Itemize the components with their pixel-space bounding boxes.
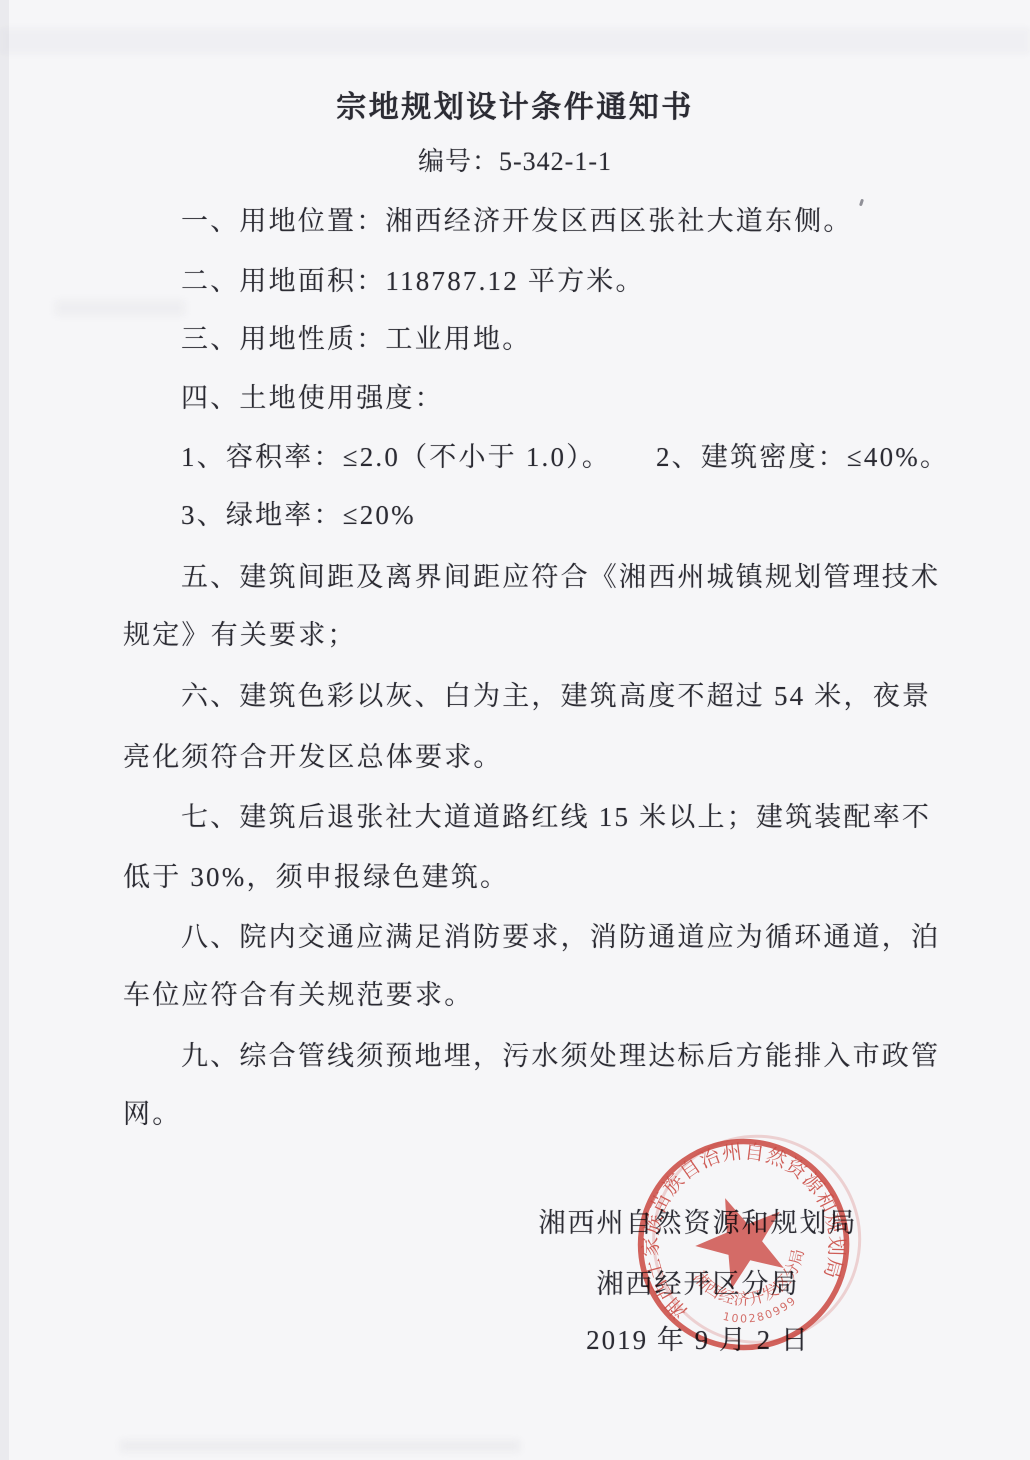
body-line: 五、建筑间距及离界间距应符合《湘西州城镇规划管理技术 xyxy=(123,555,981,594)
body-line: 六、建筑色彩以灰、白为主，建筑高度不超过 54 米，夜景 xyxy=(123,674,981,713)
scan-artifact xyxy=(0,0,9,1460)
body-line: 八、院内交通应满足消防要求，消防通道应为循环通道，泊 xyxy=(123,915,981,954)
body-line: 亮化须符合开发区总体要求。 xyxy=(123,735,923,774)
body-line: 车位应符合有关规范要求。 xyxy=(123,973,923,1012)
body-line: 三、用地性质：工业用地。 xyxy=(123,317,981,356)
body-line: 3、绿地率：≤20% xyxy=(123,493,981,532)
scanned-document-page: 宗地规划设计条件通知书 编号：5-342-1-1 一、用地位置：湘西经济开发区西… xyxy=(0,0,1030,1460)
body-line: 四、土地使用强度： xyxy=(123,376,981,415)
body-line: 低于 30%，须申报绿色建筑。 xyxy=(123,855,923,894)
body-line: 一、用地位置：湘西经济开发区西区张社大道东侧。 xyxy=(123,199,981,238)
body-line: 1、容积率：≤2.0（不小于 1.0）。 2、建筑密度：≤40%。 xyxy=(123,435,981,474)
body-line: 七、建筑后退张社大道道路红线 15 米以上；建筑装配率不 xyxy=(123,795,981,834)
body-line: 二、用地面积：118787.12 平方米。 xyxy=(123,259,981,298)
body-line: 规定》有关要求； xyxy=(123,613,923,652)
